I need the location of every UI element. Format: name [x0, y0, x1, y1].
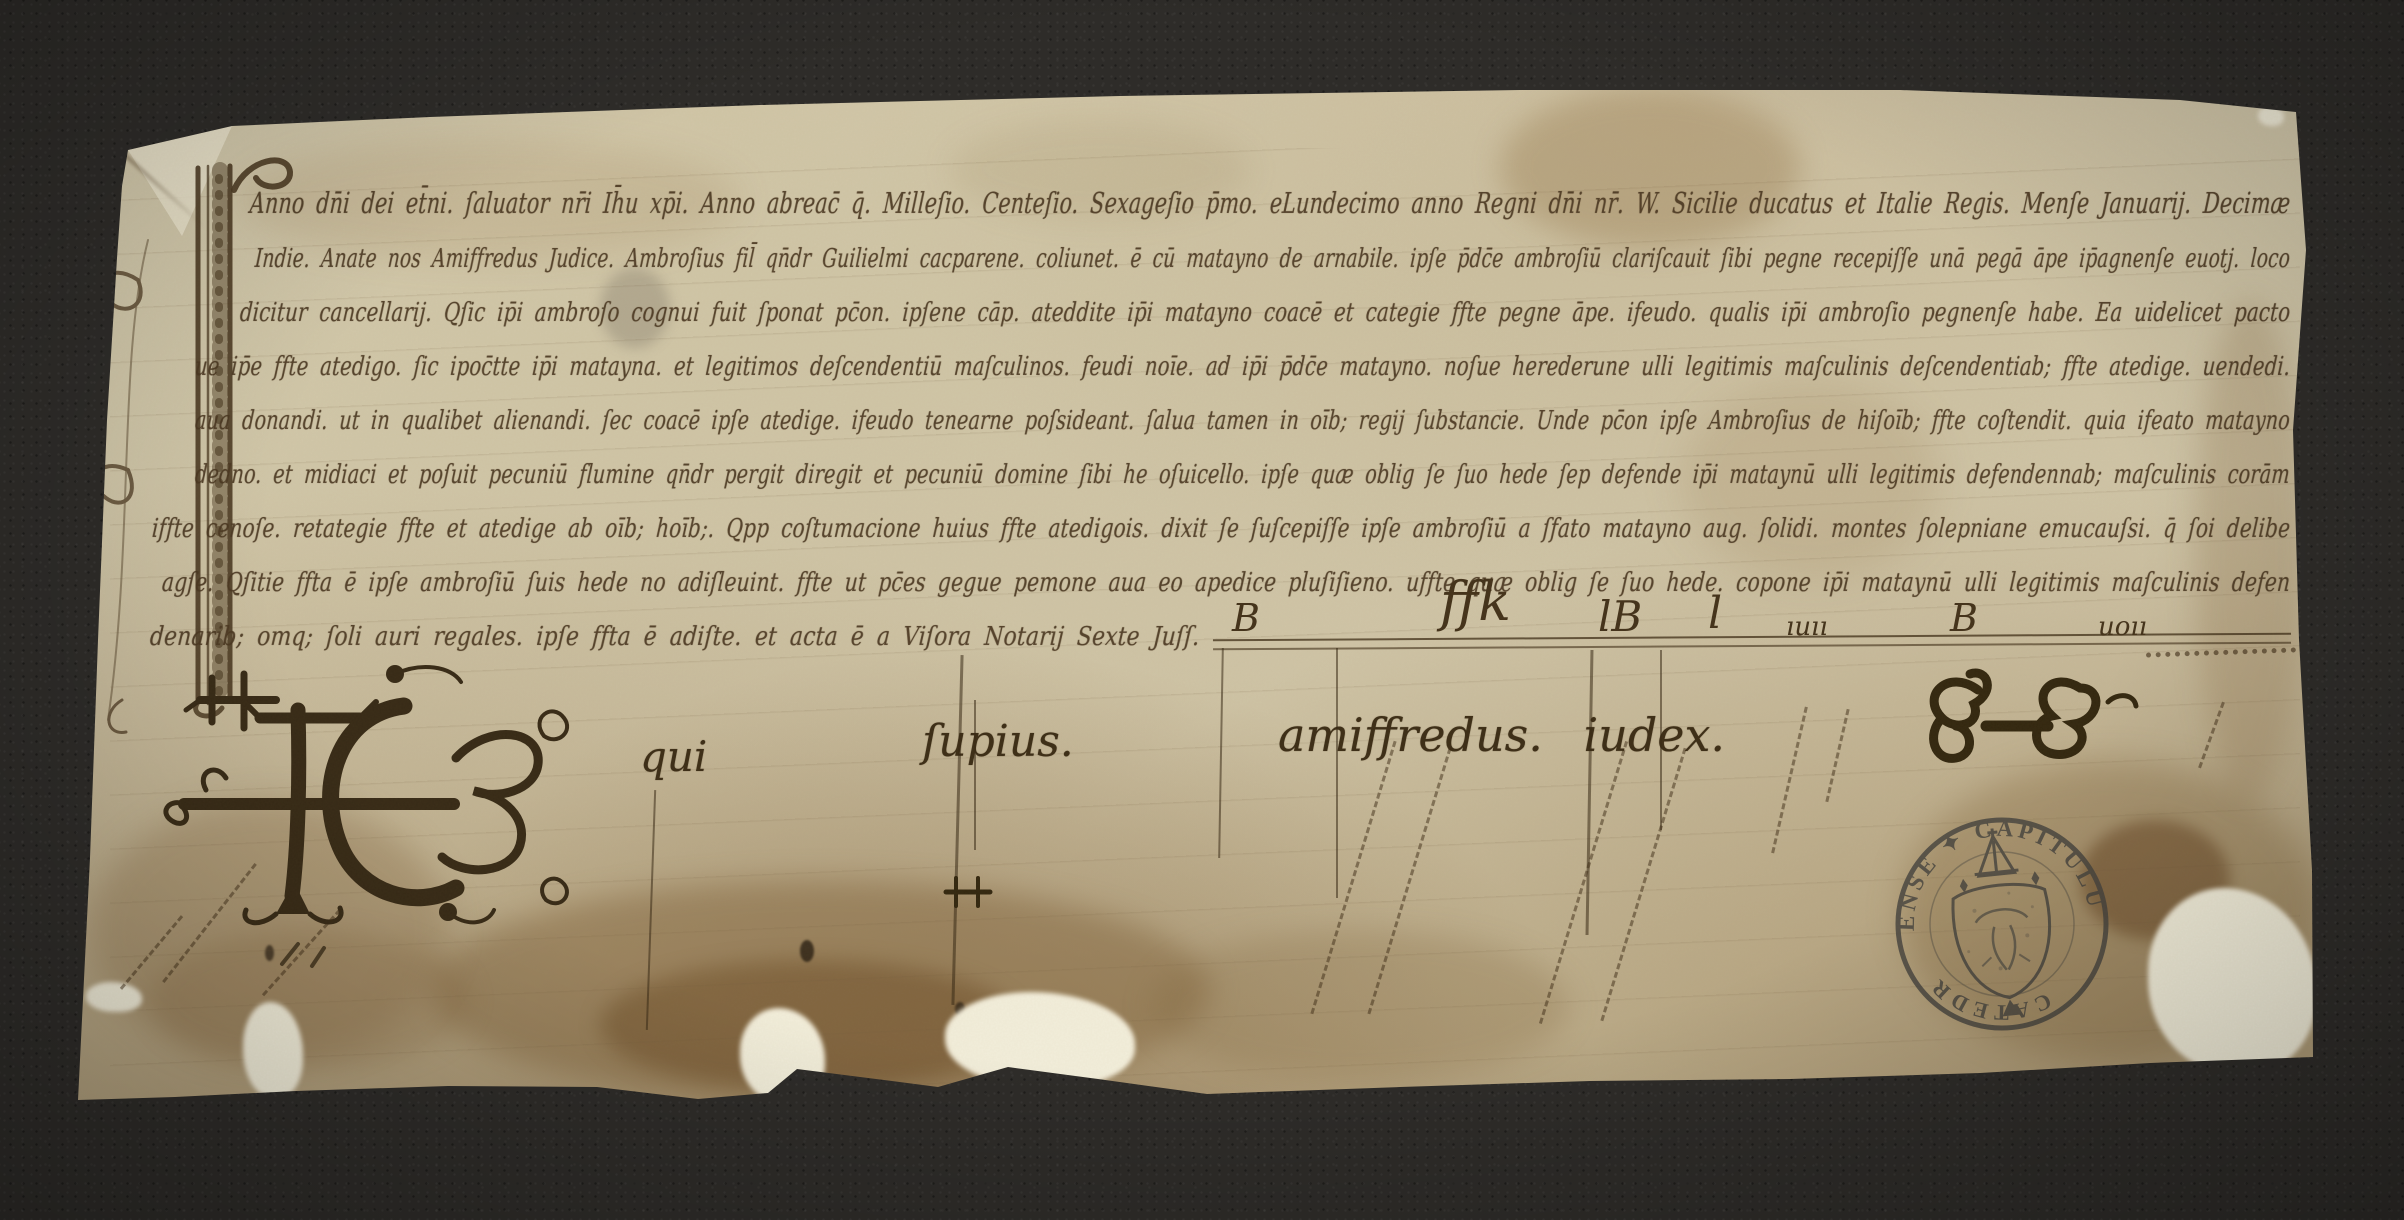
dotted-flourish [1310, 741, 1396, 1014]
manuscript-line-8: agſe. Qſitie ffta ē ipſe ambroſiū ſuis h… [161, 568, 2291, 598]
parchment-charter: Anno dn̄i dei et̄ni. ſaluator nr̄i Ih̄u … [0, 0, 2404, 1220]
witness-signum: B [1950, 596, 1978, 640]
damage-patch [945, 992, 1135, 1087]
signature-word-iudex: amiffredus. iudex. [1278, 708, 1725, 762]
dotted-flourish [2198, 702, 2225, 769]
damage-patch [86, 982, 142, 1012]
manuscript-line-6: dedno. et midiaci et poſuit pecuniū flum… [194, 460, 2291, 490]
stain [1150, 930, 1570, 1080]
witness-signum: l [1708, 588, 1722, 639]
damage-patch [2258, 106, 2284, 126]
pen-stroke [974, 700, 976, 850]
manuscript-line-2: Indie. Anate nos Amiffredus Judice. Ambr… [254, 244, 2291, 274]
signature-word-qui: qui [640, 732, 707, 781]
damage-patch [740, 1008, 825, 1103]
pen-dots [2146, 647, 2296, 657]
dotted-flourish [1825, 709, 1849, 802]
witness-signum: ffk [1440, 570, 1511, 633]
capitular-stamp: ENSE ✦ CAPITULUM CATEDR [1864, 786, 2141, 1063]
manuscript-line-4: ue ip̄e ffte atedigo. ſic ipoc̄tte ip̄i … [194, 352, 2291, 382]
damage-patch [243, 1002, 303, 1098]
photo-backdrop: Anno dn̄i dei et̄ni. ſaluator nr̄i Ih̄u … [0, 0, 2404, 1220]
pen-stroke [646, 790, 656, 1030]
witness-signum: uoıı [2098, 612, 2147, 642]
notary-monogram [148, 648, 588, 978]
pen-stroke [1586, 650, 1594, 935]
pen-stroke [951, 655, 963, 1005]
manuscript-line-1: Anno dn̄i dei et̄ni. ſaluator nr̄i Ih̄u … [249, 186, 2292, 220]
witness-signum: ıuıı [1786, 612, 1828, 642]
stain [1500, 88, 1800, 248]
pen-stroke [1660, 650, 1662, 830]
witness-signum: lB [1598, 592, 1642, 641]
witness-signum: B [1232, 596, 1260, 640]
cross-hatch-mark [938, 872, 998, 912]
signature-word-supius: ſupius. [922, 716, 1074, 767]
manuscript-line-3: dicitur cancellarij. Qſic ip̄i ambroſo c… [239, 298, 2291, 328]
manuscript-line-5: aua donandi. ut in qualibet alienandi. ſ… [194, 406, 2291, 436]
ink-speck [800, 940, 814, 962]
manuscript-line-7: iffte cenoſe. retategie ffte et atedige … [151, 514, 2291, 544]
dotted-flourish [1771, 707, 1808, 854]
damage-patch [2148, 888, 2316, 1073]
pen-stroke [1218, 648, 1224, 858]
pen-stroke [1336, 648, 1338, 898]
